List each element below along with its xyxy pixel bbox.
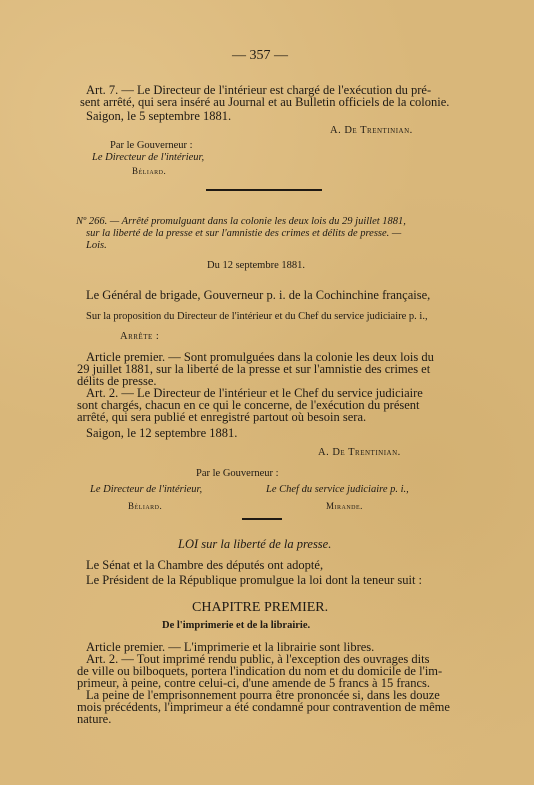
par-gouverneur-1: Par le Gouverneur : (110, 140, 193, 152)
signature-2: A. De Trentinian. (318, 447, 401, 459)
document-page: — 357 — Art. 7. — Le Directeur de l'inté… (0, 0, 534, 785)
short-divider (242, 518, 282, 520)
directeur-1: Le Directeur de l'intérieur, (92, 152, 204, 164)
arrete-header-line3: Lois. (86, 240, 107, 252)
signature-1: A. De Trentinian. (330, 125, 413, 137)
beliard-1: Béliard. (132, 165, 166, 177)
senat-line: Le Sénat et la Chambre des députés ont a… (86, 558, 323, 572)
art7-line2: sent arrêté, qui sera inséré au Journal … (80, 95, 449, 109)
chapitre-subheading: De l'imprimerie et de la librairie. (162, 620, 310, 632)
art2-1-line3: arrêté, qui sera publié et enregistré pa… (77, 410, 366, 424)
loi-art2-line5: mois précédents, l'imprimeur a été conda… (77, 700, 450, 714)
chapitre-heading: CHAPITRE PREMIER. (192, 601, 328, 615)
beliard-2: Béliard. (128, 500, 162, 512)
arrete-header-line2: sur la liberté de la presse et sur l'amn… (86, 228, 401, 240)
arrete-header-line1: Nº 266. — Arrêté promulguant dans la col… (76, 216, 406, 228)
loi-title: LOI sur la liberté de la presse. (178, 537, 331, 551)
president-line: Le Président de la République promulgue … (86, 573, 422, 587)
par-gouverneur-2: Par le Gouverneur : (196, 468, 279, 480)
date-du: Du 12 septembre 1881. (207, 260, 305, 272)
page-number: — 357 — (232, 49, 288, 63)
proposition-line: Sur la proposition du Directeur de l'int… (86, 311, 428, 323)
arrete-label: Arrête : (120, 331, 159, 343)
chef-judiciaire: Le Chef du service judiciaire p. i., (266, 484, 409, 496)
mirande: Mirande. (326, 500, 363, 512)
date-2: Saigon, le 12 septembre 1881. (86, 426, 237, 440)
directeur-2: Le Directeur de l'intérieur, (90, 484, 202, 496)
date-1: Saigon, le 5 septembre 1881. (86, 109, 231, 123)
general-line: Le Général de brigade, Gouverneur p. i. … (86, 288, 430, 302)
loi-art2-line6: nature. (77, 712, 111, 726)
section-divider (206, 189, 322, 191)
